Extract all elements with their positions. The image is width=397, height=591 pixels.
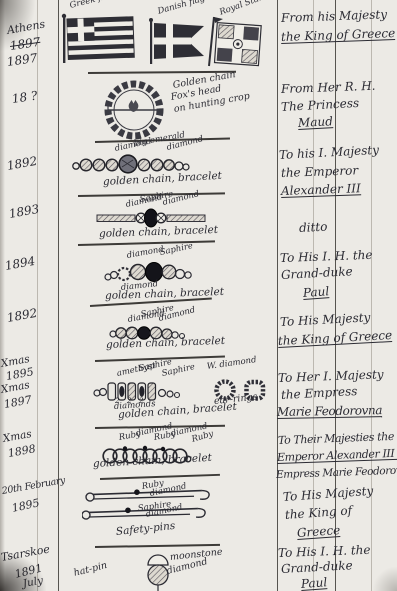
annotation: Saphire [159, 242, 194, 257]
greek-flag-drawing [58, 11, 140, 67]
recipient-line: the King of [285, 504, 353, 521]
recipient-line: Marie Feodorovna [277, 404, 382, 419]
recipient-line: the Emperor [281, 164, 358, 179]
entry-date: 20th February [1, 476, 66, 496]
recipient-line: From his Majesty [281, 8, 387, 24]
entry-occasion: Xmas [2, 429, 32, 444]
annotation: hat-pin [73, 561, 108, 578]
entry-place: Athens [6, 18, 46, 36]
recipient-line: To His Majesty [280, 311, 371, 328]
recipient-line: Empress Marie Feodorovna [276, 465, 397, 480]
recipient-line: the King of Greece [281, 27, 396, 44]
recipient-line: To His I. H. the [280, 249, 373, 264]
danish-flag-label: Danish flag [157, 0, 206, 16]
chain-brooch-drawing [102, 76, 166, 142]
recipient-line: Grand-duke [281, 559, 353, 575]
entry-year: 1894 [4, 255, 36, 272]
recipient-line: The Princess [281, 97, 360, 113]
drawing-column-rule [277, 0, 278, 591]
scan-edge-shadow [0, 0, 5, 591]
recipient-line: To His Majesty [283, 485, 374, 503]
entry-place: Tsarskoe [0, 543, 51, 562]
recipient-line: Paul [301, 576, 328, 591]
royal-standard-drawing [206, 14, 264, 68]
recipient-line: Paul [303, 285, 330, 300]
greek-flag-label: Greek flag pennant [69, 0, 152, 10]
recipient-line: To Her I. Majesty [278, 368, 384, 384]
danish-flag-drawing [146, 16, 210, 66]
recipient-line: From Her R. H. [281, 80, 376, 95]
entry-year: 1897 [3, 394, 32, 410]
item-caption: golden chain, bracelet [99, 225, 218, 240]
recipient-line: Emperor Alexander III & [277, 447, 397, 464]
recipient-line: ditto [299, 221, 328, 234]
entry-month: July [22, 576, 44, 590]
recipient-line: To his I. Majesty [279, 144, 380, 161]
entry-year: 1898 [7, 443, 36, 459]
entry-year: 18 ? [11, 90, 38, 105]
date-column-rule [58, 0, 59, 591]
recipient-line: Alexander III [281, 182, 361, 198]
scan-corner-smudge [372, 566, 397, 591]
divider-line [78, 240, 215, 245]
entry-year: 1893 [8, 203, 40, 220]
recipient-line: the Empress [281, 385, 358, 401]
entry-year: 1892 [6, 155, 38, 172]
recipient-line: To His I. H. the [278, 544, 371, 559]
annotation: W. diamond [206, 356, 257, 371]
recipient-line: To Their Majesties the [278, 431, 394, 446]
divider-line [95, 544, 220, 548]
entry-year: 1897 [6, 52, 38, 68]
item-caption: golden chain, bracelet [106, 336, 225, 351]
recipient-line: Maud [298, 115, 333, 130]
recipient-line: Grand-duke [281, 265, 353, 281]
entry-year: 1892 [6, 307, 38, 324]
ledger-page: { "palette": { "paper": "#eceae5", "ink"… [0, 0, 397, 591]
